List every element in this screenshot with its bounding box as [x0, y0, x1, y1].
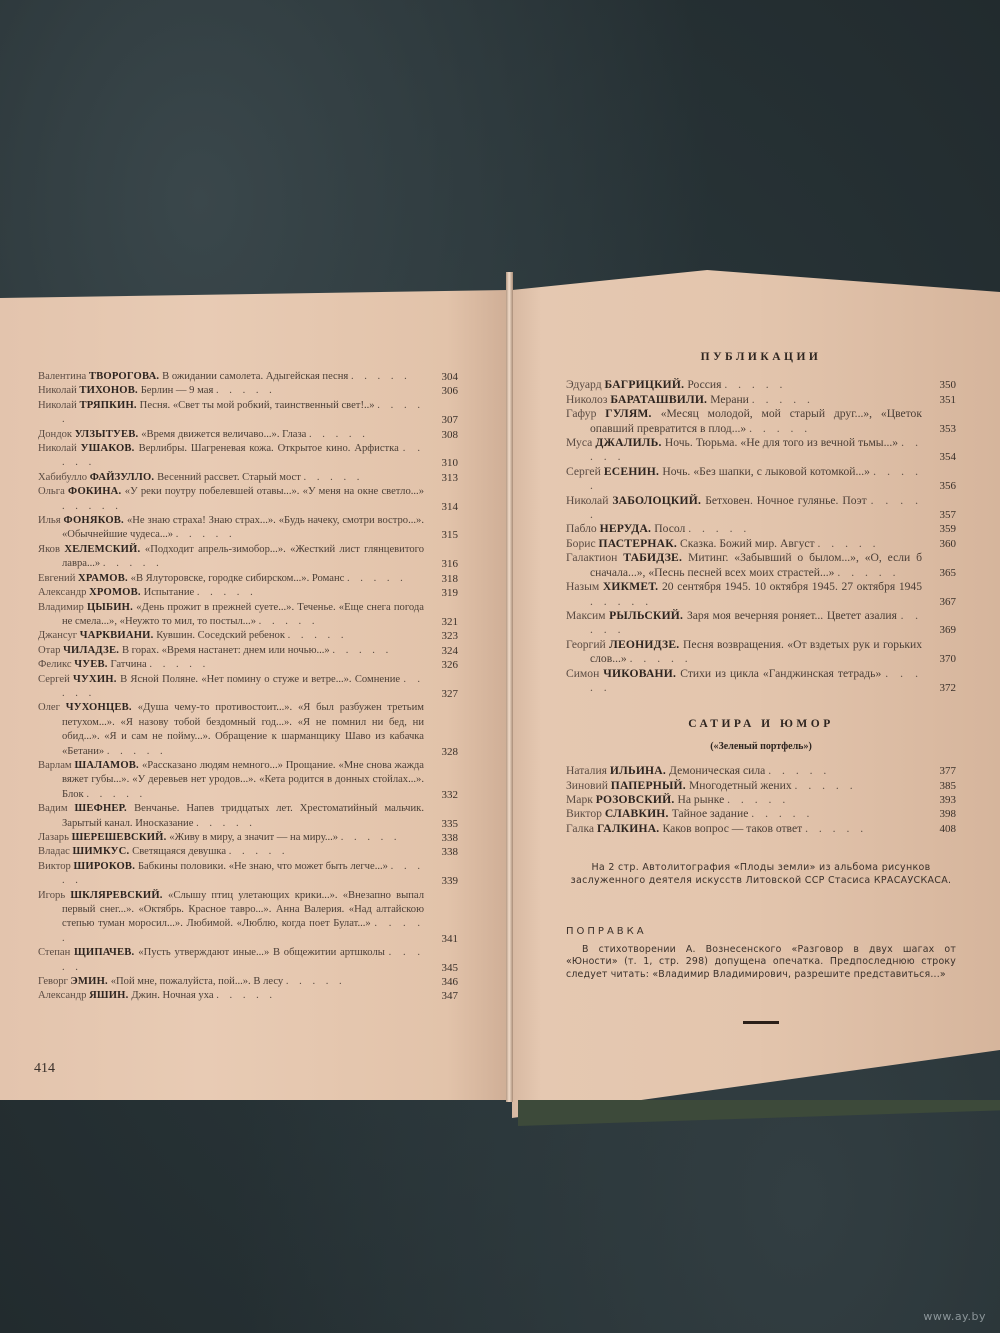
- toc-entry: Александр ЯШИН. Джин. Ночная уха . . . .…: [38, 989, 458, 1003]
- author-first-name: Александр: [38, 587, 89, 598]
- author-first-name: Варлам: [38, 760, 75, 771]
- dot-leader: . . . . .: [795, 779, 857, 792]
- dot-leader: . . . . .: [768, 764, 830, 777]
- page-ref: 324: [424, 644, 458, 658]
- author-last-name: ЕСЕНИН.: [604, 465, 663, 478]
- author-last-name: ТРЯПКИН.: [79, 400, 139, 411]
- author-first-name: Сергей: [38, 674, 73, 685]
- toc-entry: Дондок УЛЗЫТУЕВ. «Время движется величав…: [38, 428, 458, 442]
- correction-body: В стихотворении А. Вознесенского «Разгов…: [566, 944, 956, 982]
- dot-leader: . . . . .: [216, 990, 276, 1001]
- page-ref: 353: [922, 422, 956, 436]
- author-first-name: Владас: [38, 846, 73, 857]
- author-last-name: ШЕРЕШЕВСКИЙ.: [72, 832, 170, 843]
- work-title: 20 сентября 1945. 10 октября 1945. 27 ок…: [662, 580, 922, 593]
- dot-leader: . . . . .: [229, 846, 289, 857]
- author-first-name: Вадим: [38, 803, 75, 814]
- page-ref: 328: [424, 745, 458, 759]
- page-ref: 327: [424, 687, 458, 701]
- author-last-name: БАРАТАШВИЛИ.: [610, 393, 710, 406]
- page-ref: 360: [922, 537, 956, 551]
- toc-entry: Сергей ЧУХИН. В Ясной Поляне. «Нет помин…: [38, 673, 458, 702]
- author-first-name: Гафур: [566, 407, 605, 420]
- page-ref: 314: [424, 500, 458, 514]
- dot-leader: . . . . .: [817, 537, 879, 550]
- author-first-name: Наталия: [566, 764, 610, 777]
- satire-heading: САТИРА И ЮМОР: [566, 717, 956, 731]
- author-last-name: ЧУХОНЦЕВ.: [66, 702, 138, 713]
- toc-entry: Зиновий ПАПЕРНЫЙ. Многодетный жених . . …: [566, 779, 956, 793]
- author-first-name: Феликс: [38, 659, 74, 670]
- dot-leader: . . . . .: [196, 818, 256, 829]
- work-title: Сказка. Божий мир. Август: [680, 537, 817, 550]
- work-title: Заря моя вечерняя роняет... Цветет азали…: [687, 609, 901, 622]
- toc-entry: Степан ЩИПАЧЕВ. «Пусть утверждают иные..…: [38, 946, 458, 975]
- toc-entry: Марк РОЗОВСКИЙ. На рынке . . . . .393: [566, 793, 956, 807]
- author-first-name: Джансуг: [38, 630, 80, 641]
- end-rule: [743, 1021, 779, 1024]
- page-ref: 367: [922, 595, 956, 609]
- work-title: «Пусть утверждают иные...» В общежитии а…: [138, 947, 388, 958]
- toc-entry: Николай УШАКОВ. Верлибры. Шагреневая кож…: [38, 442, 458, 471]
- work-title: Россия: [687, 378, 724, 391]
- dot-leader: . . . . .: [197, 587, 257, 598]
- toc-entry: Николоз БАРАТАШВИЛИ. Мерани . . . . .351: [566, 393, 956, 407]
- dot-leader: . . . . .: [752, 393, 814, 406]
- author-last-name: ЧУХИН.: [73, 674, 120, 685]
- toc-entry: Вадим ШЕФНЕР. Венчанье. Напев тридцатых …: [38, 802, 458, 831]
- author-first-name: Илья: [38, 515, 64, 526]
- author-last-name: РЫЛЬСКИЙ.: [609, 609, 687, 622]
- dot-leader: . . . . .: [216, 385, 276, 396]
- left-contents-list: Валентина ТВОРОГОВА. В ожидании самолета…: [38, 370, 458, 1004]
- author-last-name: ФОНЯКОВ.: [64, 515, 127, 526]
- author-first-name: Валентина: [38, 371, 89, 382]
- author-first-name: Дондок: [38, 429, 75, 440]
- page-number: 414: [34, 1061, 55, 1077]
- dot-leader: . . . . .: [103, 558, 163, 569]
- page-ref: 339: [424, 874, 458, 888]
- work-title: Тайное задание: [672, 807, 752, 820]
- author-last-name: ГУЛЯМ.: [605, 407, 660, 420]
- author-last-name: ИЛЬИНА.: [610, 764, 669, 777]
- author-first-name: Геворг: [38, 976, 71, 987]
- page-ref: 310: [424, 456, 458, 470]
- page-ref: 304: [424, 370, 458, 384]
- page-ref: 372: [922, 681, 956, 695]
- work-title: Кувшин. Соседский ребенок: [156, 630, 287, 641]
- dot-leader: . . . . .: [351, 371, 411, 382]
- author-last-name: ШАЛАМОВ.: [75, 760, 142, 771]
- toc-entry: Варлам ШАЛАМОВ. «Рассказано людям немног…: [38, 759, 458, 802]
- toc-entry: Эдуард БАГРИЦКИЙ. Россия . . . . .350: [566, 378, 956, 392]
- author-first-name: Николай: [38, 400, 79, 411]
- page-ref: 365: [922, 566, 956, 580]
- toc-entry: Ольга ФОКИНА. «У реки поутру побелевшей …: [38, 485, 458, 514]
- toc-entry: Пабло НЕРУДА. Посол . . . . .359: [566, 522, 956, 536]
- work-title: Демоническая сила: [669, 764, 768, 777]
- author-last-name: УШАКОВ.: [81, 443, 139, 454]
- author-first-name: Евгений: [38, 573, 78, 584]
- work-title: Бабкины половики. «Не знаю, что может бы…: [138, 861, 391, 872]
- work-title: «Пой мне, пожалуйста, пой...». В лесу: [111, 976, 286, 987]
- dot-leader: . . . . .: [62, 501, 122, 512]
- author-first-name: Галка: [566, 822, 597, 835]
- author-last-name: ШКЛЯРЕВСКИЙ.: [70, 890, 168, 901]
- author-last-name: СЛАВКИН.: [605, 807, 672, 820]
- dot-leader: . . . . .: [688, 522, 750, 535]
- author-last-name: ХРОМОВ.: [89, 587, 144, 598]
- page-ref: 313: [424, 471, 458, 485]
- toc-entry: Гафур ГУЛЯМ. «Месяц молодой, мой старый …: [566, 407, 956, 436]
- dot-leader: . . . . .: [332, 645, 392, 656]
- work-title: Джин. Ночная уха: [131, 990, 216, 1001]
- correction-heading: ПОПРАВКА: [566, 925, 956, 939]
- author-first-name: Степан: [38, 947, 74, 958]
- author-first-name: Пабло: [566, 522, 600, 535]
- author-last-name: ТВОРОГОВА.: [89, 371, 162, 382]
- toc-entry: Виктор СЛАВКИН. Тайное задание . . . . .…: [566, 807, 956, 821]
- author-last-name: ДЖАЛИЛЬ.: [595, 436, 665, 449]
- toc-entry: Отар ЧИЛАДЗЕ. В горах. «Время настанет: …: [38, 644, 458, 658]
- work-title: Многодетный жених: [689, 779, 795, 792]
- author-last-name: ЧУЕВ.: [74, 659, 110, 670]
- toc-entry: Николай ЗАБОЛОЦКИЙ. Бетховен. Ночное гул…: [566, 494, 956, 523]
- page-ref: 398: [922, 807, 956, 821]
- book-cover-edge: [518, 1100, 1000, 1126]
- toc-entry: Игорь ШКЛЯРЕВСКИЙ. «Слышу птиц улетающих…: [38, 889, 458, 947]
- work-title: Песня. «Свет ты мой робкий, таинственный…: [140, 400, 378, 411]
- work-title: В ожидании самолета. Адыгейская песня: [162, 371, 351, 382]
- author-first-name: Александр: [38, 990, 89, 1001]
- author-first-name: Николай: [38, 385, 79, 396]
- author-first-name: Отар: [38, 645, 63, 656]
- author-first-name: Муса: [566, 436, 595, 449]
- author-last-name: ШИРОКОВ.: [74, 861, 138, 872]
- toc-entry: Борис ПАСТЕРНАК. Сказка. Божий мир. Авгу…: [566, 537, 956, 551]
- watermark: www.ay.by: [923, 1310, 986, 1323]
- toc-entry: Николай ТИХОНОВ. Берлин — 9 мая . . . . …: [38, 384, 458, 398]
- author-last-name: БАГРИЦКИЙ.: [605, 378, 688, 391]
- right-contents: ПУБЛИКАЦИИ Эдуард БАГРИЦКИЙ. Россия . . …: [566, 350, 956, 1024]
- dot-leader: . . . . .: [86, 789, 146, 800]
- dot-leader: . . . . .: [724, 378, 786, 391]
- author-first-name: Олег: [38, 702, 66, 713]
- author-last-name: ЭМИН.: [71, 976, 111, 987]
- author-first-name: Игорь: [38, 890, 70, 901]
- page-ref: 332: [424, 788, 458, 802]
- page-ref: 307: [424, 413, 458, 427]
- author-last-name: ШЕФНЕР.: [75, 803, 135, 814]
- dot-leader: . . . . .: [286, 976, 346, 987]
- dot-leader: . . . . .: [288, 630, 348, 641]
- author-first-name: Сергей: [566, 465, 604, 478]
- work-title: Ночь. Тюрьма. «Не для того из вечной тьм…: [665, 436, 901, 449]
- page-ref: 370: [922, 652, 956, 666]
- work-title: «Живу в миру, а значит — на миру...»: [169, 832, 340, 843]
- dot-leader: . . . . .: [149, 659, 209, 670]
- toc-entry: Муса ДЖАЛИЛЬ. Ночь. Тюрьма. «Не для того…: [566, 436, 956, 465]
- page-ref: 338: [424, 831, 458, 845]
- dot-leader: . . . . .: [259, 616, 319, 627]
- dot-leader: . . . . .: [341, 832, 401, 843]
- author-first-name: Владимир: [38, 602, 87, 613]
- author-last-name: ЦЫБИН.: [87, 602, 136, 613]
- author-first-name: Симон: [566, 667, 603, 680]
- author-last-name: ФАЙЗУЛЛО.: [90, 472, 157, 483]
- toc-entry: Галактион ТАБИДЗЕ. Митинг. «Забывший о б…: [566, 551, 956, 580]
- author-first-name: Николай: [566, 494, 612, 507]
- author-last-name: ЧИЛАДЗЕ.: [63, 645, 122, 656]
- toc-entry: Хабибулло ФАЙЗУЛЛО. Весенний рассвет. Ст…: [38, 471, 458, 485]
- dot-leader: . . . . .: [347, 573, 407, 584]
- page-ref: 369: [922, 623, 956, 637]
- page-ref: 315: [424, 528, 458, 542]
- author-last-name: ЯШИН.: [89, 990, 131, 1001]
- author-first-name: Николоз: [566, 393, 610, 406]
- page-ref: 318: [424, 572, 458, 586]
- author-last-name: ХИКМЕТ.: [603, 580, 662, 593]
- page-ref: 354: [922, 450, 956, 464]
- toc-entry: Симон ЧИКОВАНИ. Стихи из цикла «Ганджинс…: [566, 667, 956, 696]
- toc-entry: Феликс ЧУЕВ. Гатчина . . . . .326: [38, 658, 458, 672]
- page-ref: 338: [424, 845, 458, 859]
- author-first-name: Борис: [566, 537, 599, 550]
- page-ref: 393: [922, 793, 956, 807]
- author-first-name: Максим: [566, 609, 609, 622]
- author-last-name: ХЕЛЕМСКИЙ.: [64, 544, 145, 555]
- open-book: Валентина ТВОРОГОВА. В ожидании самолета…: [0, 0, 1000, 1333]
- dot-leader: . . . . .: [805, 822, 867, 835]
- work-title: Испытание: [144, 587, 197, 598]
- toc-entry: Максим РЫЛЬСКИЙ. Заря моя вечерняя роняе…: [566, 609, 956, 638]
- page-ref: 346: [424, 975, 458, 989]
- work-title: Стихи из цикла «Ганджинская тетрадь»: [680, 667, 885, 680]
- work-title: Бетховен. Ночное гулянье. Поэт: [705, 494, 870, 507]
- work-title: Гатчина: [110, 659, 149, 670]
- page-ref: 377: [922, 764, 956, 778]
- author-first-name: Яков: [38, 544, 64, 555]
- author-last-name: ЧИКОВАНИ.: [603, 667, 680, 680]
- toc-entry: Наталия ИЛЬИНА. Демоническая сила . . . …: [566, 764, 956, 778]
- author-first-name: Хабибулло: [38, 472, 90, 483]
- work-title: «В Ялуторовске, городке сибирском...». Р…: [131, 573, 347, 584]
- dot-leader: . . . . .: [176, 529, 236, 540]
- page-ref: 350: [922, 378, 956, 392]
- author-last-name: ТИХОНОВ.: [79, 385, 140, 396]
- page-ref: 347: [424, 989, 458, 1003]
- author-last-name: ПАСТЕРНАК.: [599, 537, 681, 550]
- work-title: Мерани: [710, 393, 752, 406]
- page-ref: 385: [922, 779, 956, 793]
- work-title: В горах. «Время настанет: днем или ночью…: [122, 645, 332, 656]
- author-last-name: ГАЛКИНА.: [597, 822, 663, 835]
- author-first-name: Зиновий: [566, 779, 611, 792]
- toc-entry: Назым ХИКМЕТ. 20 сентября 1945. 10 октяб…: [566, 580, 956, 609]
- page-ref: 323: [424, 629, 458, 643]
- author-last-name: ЗАБОЛОЦКИЙ.: [612, 494, 705, 507]
- work-title: Каков вопрос — таков ответ: [663, 822, 806, 835]
- toc-entry: Яков ХЕЛЕМСКИЙ. «Подходит апрель-зимобор…: [38, 543, 458, 572]
- dot-leader: . . . . .: [749, 422, 811, 435]
- author-first-name: Лазарь: [38, 832, 72, 843]
- page-ref: 319: [424, 586, 458, 600]
- toc-entry: Владимир ЦЫБИН. «День прожит в прежней с…: [38, 601, 458, 630]
- author-last-name: ШИМКУС.: [73, 846, 133, 857]
- toc-entry: Владас ШИМКУС. Светящаяся девушка . . . …: [38, 845, 458, 859]
- page-ref: 316: [424, 557, 458, 571]
- page-ref: 351: [922, 393, 956, 407]
- page-ref: 341: [424, 932, 458, 946]
- page-ref: 357: [922, 508, 956, 522]
- page-ref: 359: [922, 522, 956, 536]
- dot-leader: . . . . .: [107, 746, 167, 757]
- dot-leader: . . . . .: [304, 472, 364, 483]
- author-last-name: ХРАМОВ.: [78, 573, 131, 584]
- dot-leader: . . . . .: [837, 566, 899, 579]
- page-ref: 408: [922, 822, 956, 836]
- author-last-name: ПАПЕРНЫЙ.: [611, 779, 689, 792]
- author-first-name: Эдуард: [566, 378, 605, 391]
- author-last-name: ТАБИДЗЕ.: [623, 551, 688, 564]
- toc-entry: Евгений ХРАМОВ. «В Ялуторовске, городке …: [38, 572, 458, 586]
- dot-leader: . . . . .: [590, 595, 652, 608]
- page-ref: 326: [424, 658, 458, 672]
- toc-entry: Валентина ТВОРОГОВА. В ожидании самолета…: [38, 370, 458, 384]
- work-title: Верлибры. Шагреневая кожа. Открытое кино…: [139, 443, 403, 454]
- publications-heading: ПУБЛИКАЦИИ: [566, 350, 956, 364]
- toc-entry: Илья ФОНЯКОВ. «Не знаю страха! Знаю стра…: [38, 514, 458, 543]
- page-ref: 356: [922, 479, 956, 493]
- dot-leader: . . . . .: [630, 652, 692, 665]
- dot-leader: . . . . .: [751, 807, 813, 820]
- work-title: В Ясной Поляне. «Нет помину о стуже и ве…: [120, 674, 403, 685]
- author-first-name: Виктор: [566, 807, 605, 820]
- toc-entry: Георгий ЛЕОНИДЗЕ. Песня возвращения. «От…: [566, 638, 956, 667]
- toc-entry: Лазарь ШЕРЕШЕВСКИЙ. «Живу в миру, а знач…: [38, 831, 458, 845]
- author-first-name: Виктор: [38, 861, 74, 872]
- work-title: Светящаяся девушка: [132, 846, 229, 857]
- toc-entry: Александр ХРОМОВ. Испытание . . . . .319: [38, 586, 458, 600]
- satire-subheading: («Зеленый портфель»): [566, 740, 956, 754]
- work-title: «Время движется величаво...». Глаза: [141, 429, 309, 440]
- satire-list: Наталия ИЛЬИНА. Демоническая сила . . . …: [566, 764, 956, 836]
- author-last-name: РОЗОВСКИЙ.: [596, 793, 678, 806]
- work-title: Берлин — 9 мая: [141, 385, 216, 396]
- author-last-name: НЕРУДА.: [600, 522, 655, 535]
- page-ref: 306: [424, 384, 458, 398]
- author-first-name: Галактион: [566, 551, 623, 564]
- author-first-name: Николай: [38, 443, 81, 454]
- dot-leader: . . . . .: [309, 429, 369, 440]
- toc-entry: Геворг ЭМИН. «Пой мне, пожалуйста, пой..…: [38, 975, 458, 989]
- work-title: Весенний рассвет. Старый мост: [157, 472, 303, 483]
- author-last-name: ЧАРКВИАНИ.: [80, 630, 157, 641]
- toc-entry: Сергей ЕСЕНИН. Ночь. «Без шапки, с лыков…: [566, 465, 956, 494]
- page-ref: 335: [424, 817, 458, 831]
- page-ref: 345: [424, 961, 458, 975]
- illustration-note: На 2 стр. Автолитография «Плоды земли» и…: [566, 862, 956, 887]
- toc-entry: Олег ЧУХОНЦЕВ. «Душа чему-то противостои…: [38, 701, 458, 759]
- author-last-name: ЛЕОНИДЗЕ.: [609, 638, 683, 651]
- author-last-name: ЩИПАЧЕВ.: [74, 947, 138, 958]
- work-title: Посол: [654, 522, 688, 535]
- author-first-name: Назым: [566, 580, 603, 593]
- work-title: «У реки поутру побелевшей отавы...». «У …: [125, 486, 424, 497]
- book-spine: [506, 272, 513, 1102]
- toc-entry: Виктор ШИРОКОВ. Бабкины половики. «Не зн…: [38, 860, 458, 889]
- work-title: Ночь. «Без шапки, с лыковой котомкой...»: [662, 465, 873, 478]
- author-first-name: Георгий: [566, 638, 609, 651]
- toc-entry: Николай ТРЯПКИН. Песня. «Свет ты мой роб…: [38, 399, 458, 428]
- author-first-name: Марк: [566, 793, 596, 806]
- author-last-name: ФОКИНА.: [68, 486, 125, 497]
- toc-entry: Галка ГАЛКИНА. Каков вопрос — таков отве…: [566, 822, 956, 836]
- author-first-name: Ольга: [38, 486, 68, 497]
- publications-list: Эдуард БАГРИЦКИЙ. Россия . . . . .350Ник…: [566, 378, 956, 695]
- page-ref: 321: [424, 615, 458, 629]
- author-last-name: УЛЗЫТУЕВ.: [75, 429, 142, 440]
- page-ref: 308: [424, 428, 458, 442]
- work-title: На рынке: [678, 793, 728, 806]
- dot-leader: . . . . .: [727, 793, 789, 806]
- toc-entry: Джансуг ЧАРКВИАНИ. Кувшин. Соседский реб…: [38, 629, 458, 643]
